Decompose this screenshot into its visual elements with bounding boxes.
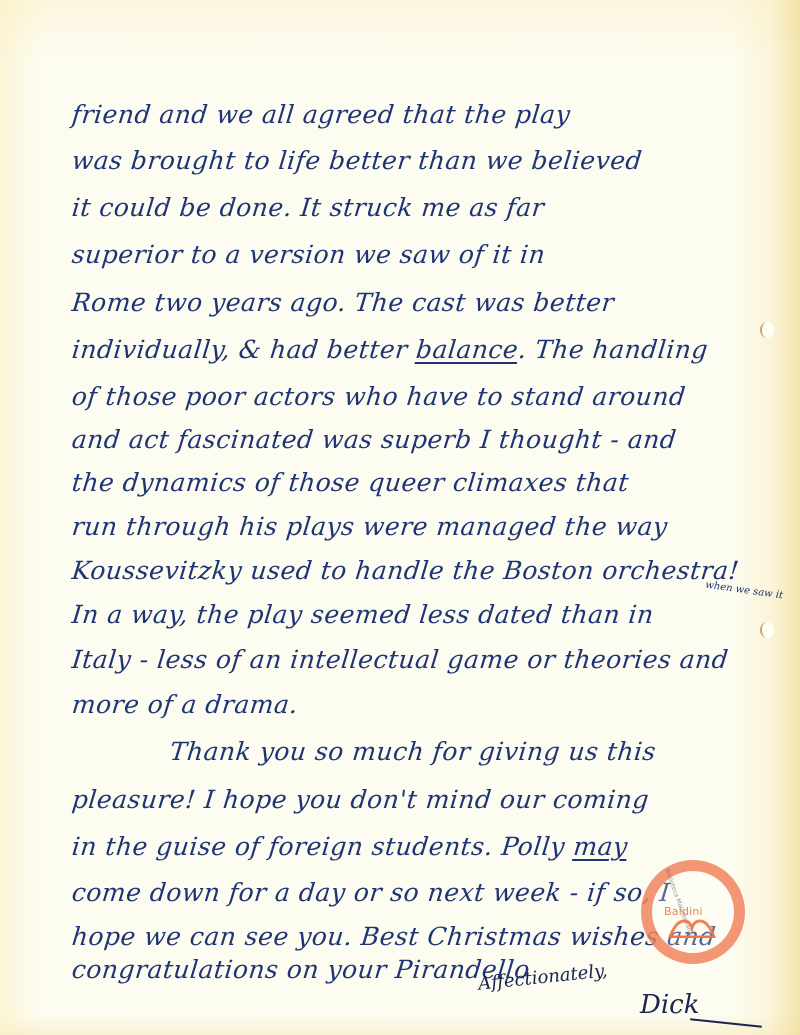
signature: Dick xyxy=(640,990,699,1020)
letter-line: friend and we all agreed that the play xyxy=(70,100,571,129)
letter-line: congratulations on your Pirandello xyxy=(70,955,531,984)
letter-line: it could be done. It struck me as far xyxy=(70,193,545,222)
stamp-label: Baldini xyxy=(664,905,703,918)
letter-line: Italy - less of an intellectual game or … xyxy=(70,645,729,674)
letter-line: superior to a version we saw of it in xyxy=(70,240,546,269)
line-text: individually, & had better xyxy=(70,335,417,364)
letter-line: in the guise of foreign students. Polly … xyxy=(70,832,629,861)
open-book-logo-icon xyxy=(668,918,716,938)
letter-line: individually, & had better balance. The … xyxy=(70,335,709,364)
letter-line: the dynamics of those queer climaxes tha… xyxy=(70,468,630,497)
line-text: in the guise of foreign students. Polly xyxy=(70,832,575,861)
letter-line: come down for a day or so next week - if… xyxy=(70,878,671,907)
line-text: . The handling xyxy=(517,335,710,364)
underlined-word: may xyxy=(572,832,629,861)
letter-line: and act fascinated was superb I thought … xyxy=(70,425,678,454)
letter-line: of those poor actors who have to stand a… xyxy=(70,382,687,411)
underlined-word: balance xyxy=(415,335,520,364)
punch-hole-mark xyxy=(760,322,774,338)
letter-line: In a way, the play seemed less dated tha… xyxy=(70,600,655,629)
letter-line: run through his plays were managed the w… xyxy=(70,512,669,541)
letter-line: Koussevitzky used to handle the Boston o… xyxy=(70,556,740,585)
letter-line: more of a drama. xyxy=(70,690,299,719)
punch-hole-mark xyxy=(760,622,774,638)
letter-line: was brought to life better than we belie… xyxy=(70,146,643,175)
letter-line: Rome two years ago. The cast was better xyxy=(70,288,615,317)
letter-line: Thank you so much for giving us this xyxy=(168,737,657,766)
letter-line: hope we can see you. Best Christmas wish… xyxy=(70,922,717,951)
letter-line: pleasure! I hope you don't mind our comi… xyxy=(70,785,650,814)
